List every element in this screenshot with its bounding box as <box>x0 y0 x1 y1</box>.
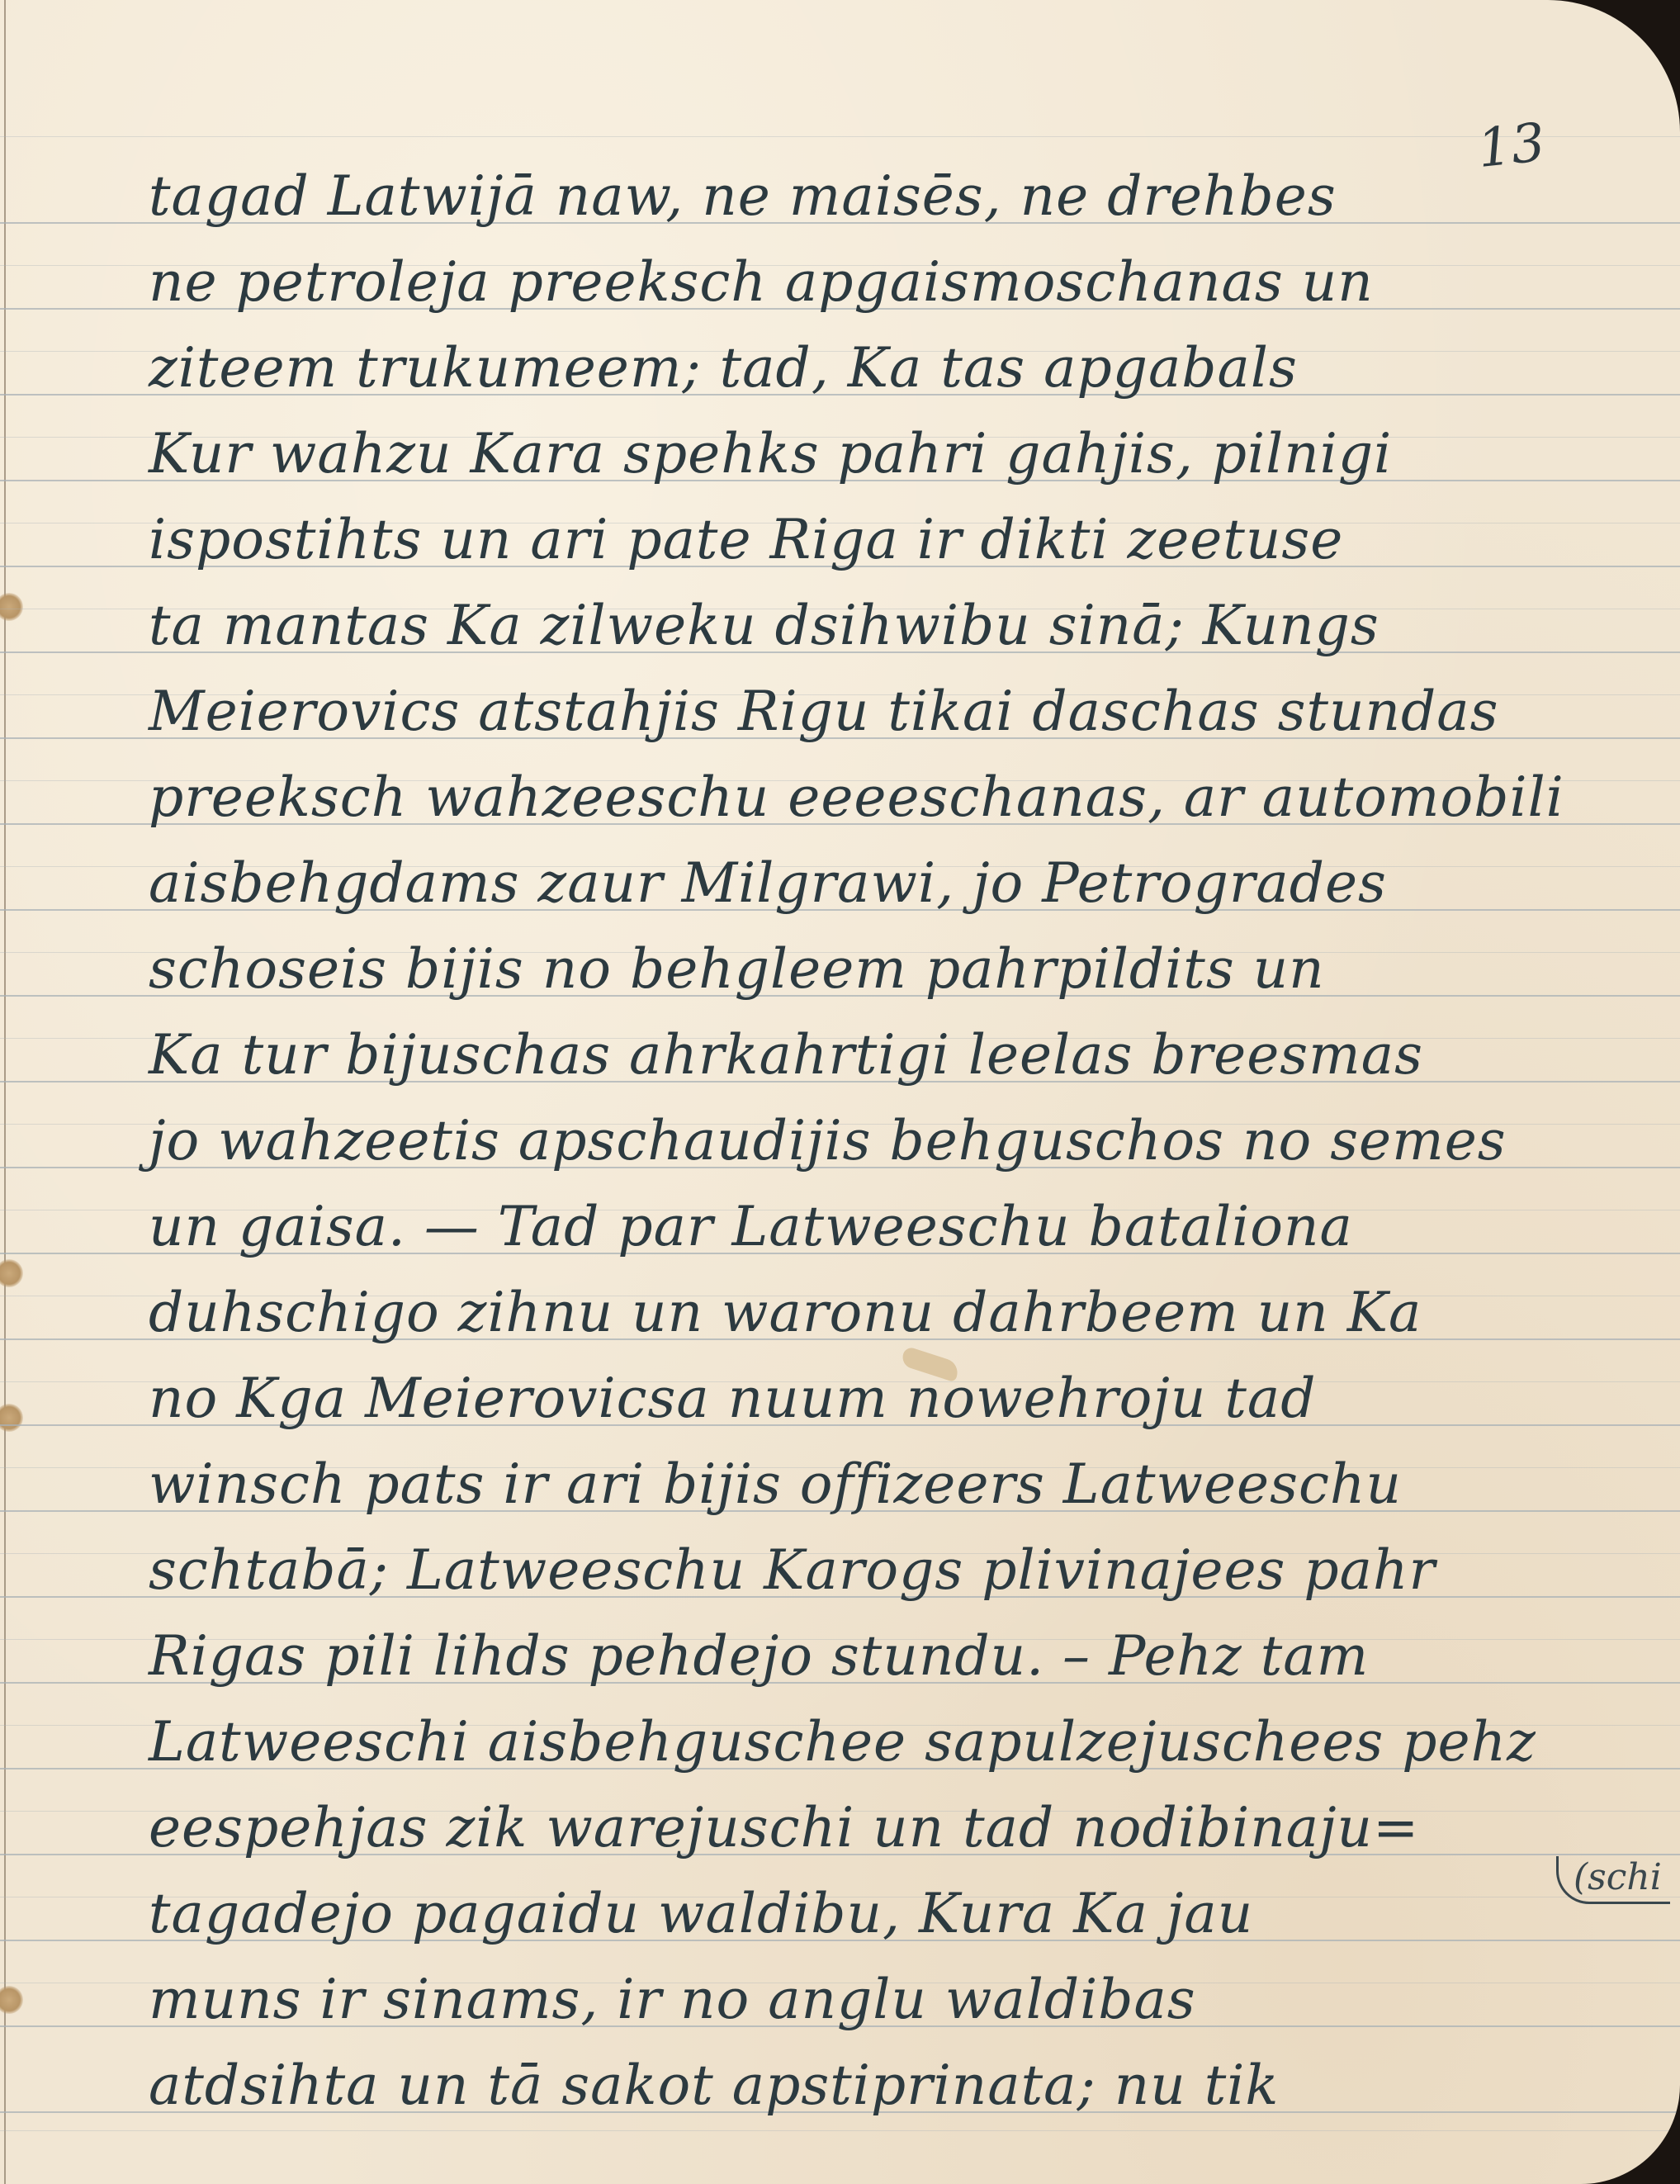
handwritten-line: schtabā; Latweeschu Karogs plivinajees p… <box>149 1543 1659 1598</box>
handwritten-line: Ka tur bijuschas ahrkahrtigi leelas bree… <box>149 1028 1659 1083</box>
ruled-line-faint <box>0 136 1680 137</box>
insertion-note: (schi <box>1556 1856 1670 1904</box>
binding-hole <box>0 593 23 621</box>
handwritten-line: Kur wahzu Kara spehks pahri gahjis, piln… <box>149 427 1659 481</box>
handwritten-line: Latweeschi aisbehguschee sapulzejuschees… <box>149 1715 1659 1769</box>
handwritten-line: tagadejo pagaidu waldibu, Kura Ka jau <box>149 1887 1659 1941</box>
handwritten-line: Rigas pili lihds pehdejo stundu. – Pehz … <box>149 1629 1659 1684</box>
handwritten-line: no Kga Meierovicsa nuum nowehroju tad <box>149 1372 1659 1426</box>
handwritten-line: ziteem trukumeem; tad, Ka tas apgabals <box>149 341 1659 396</box>
binding-hole <box>0 1259 23 1287</box>
handwritten-line: ta mantas Ka zilweku dsihwibu sinā; Kung… <box>149 599 1659 653</box>
handwritten-line: ispostihts un ari pate Riga ir dikti zee… <box>149 513 1659 567</box>
ruled-line-faint <box>0 2130 1680 2131</box>
handwritten-line: jo wahzeetis apschaudijis behguschos no … <box>149 1114 1659 1168</box>
handwritten-line: un gaisa. — Tad par Latweeschu bataliona <box>149 1200 1659 1254</box>
handwritten-line: winsch pats ir ari bijis offizeers Latwe… <box>149 1457 1659 1512</box>
handwritten-line: tagad Latwijā naw, ne maisēs, ne drehbes <box>149 169 1659 224</box>
binding-hole <box>0 1404 23 1432</box>
handwritten-line: eespehjas zik warejuschi un tad nodibina… <box>149 1801 1659 1855</box>
handwritten-line: duhschigo zihnu un waronu dahrbeem un Ka <box>149 1286 1659 1340</box>
handwritten-line: muns ir sinams, ir no anglu waldibas <box>149 1973 1659 2027</box>
margin-line <box>4 0 6 2184</box>
handwritten-line: schoseis bijis no behgleem pahrpildits u… <box>149 942 1659 997</box>
handwritten-line: preeksch wahzeeschu eeeeschanas, ar auto… <box>149 770 1659 825</box>
handwritten-line: atdsihta un tā sakot apstiprinata; nu ti… <box>149 2058 1659 2113</box>
notebook-page: 13 tagad Latwijā naw, ne maisēs, ne dreh… <box>0 0 1680 2184</box>
handwritten-line: Meierovics atstahjis Rigu tikai daschas … <box>149 685 1659 739</box>
handwritten-line: ne petroleja preeksch apgaismoschanas un <box>149 255 1659 310</box>
binding-hole <box>0 1986 23 2014</box>
handwritten-line: aisbehgdams zaur Milgrawi, jo Petrograde… <box>149 856 1659 911</box>
